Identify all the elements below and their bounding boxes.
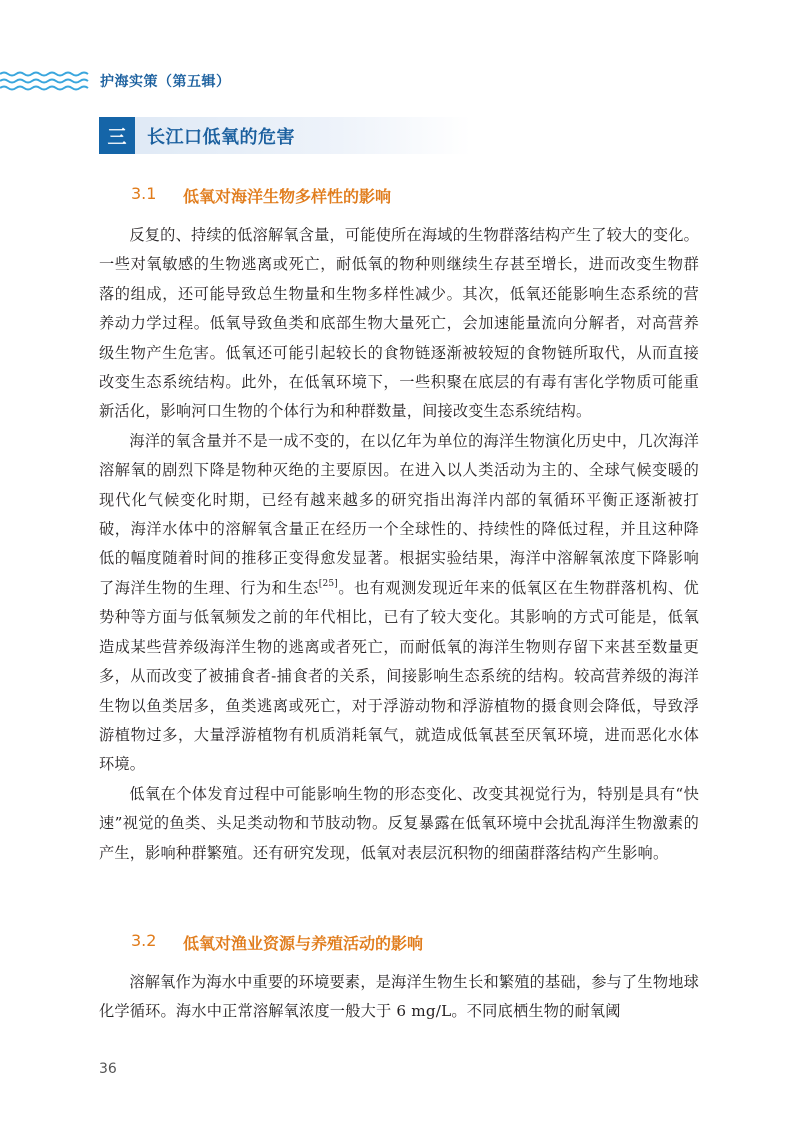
section-number: 3.2 [131,931,183,954]
paragraph: 低氧在个体发育过程中可能影响生物的形态变化、改变其视觉行为，特别是具有“快速”视… [99,780,699,868]
chapter-number: 三 [99,117,135,154]
section-number: 3.1 [131,184,183,207]
section-heading-3-2: 3.2 低氧对渔业资源与养殖活动的影响 [131,931,423,954]
running-head: 护海实策（第五辑） [0,68,231,94]
section-heading-3-1: 3.1 低氧对海洋生物多样性的影响 [131,184,391,207]
section-title: 低氧对渔业资源与养殖活动的影响 [183,931,423,954]
page-number: 36 [99,1061,117,1077]
running-head-title: 护海实策（第五辑） [100,71,231,91]
paragraph: 溶解氧作为海水中重要的环境要素，是海洋生物生长和繁殖的基础，参与了生物地球化学循… [99,968,699,1027]
citation: [25] [319,579,338,589]
waves-icon [0,69,92,93]
section-3-1-body: 反复的、持续的低溶解氧含量，可能使所在海域的生物群落结构产生了较大的变化。一些对… [99,221,699,868]
paragraph: 反复的、持续的低溶解氧含量，可能使所在海域的生物群落结构产生了较大的变化。一些对… [99,221,699,427]
section-title: 低氧对海洋生物多样性的影响 [183,184,391,207]
chapter-heading: 三 长江口低氧的危害 [99,117,699,154]
section-3-2-body: 溶解氧作为海水中重要的环境要素，是海洋生物生长和繁殖的基础，参与了生物地球化学循… [99,968,699,1027]
chapter-title: 长江口低氧的危害 [147,117,295,154]
paragraph: 海洋的氧含量并不是一成不变的，在以亿年为单位的海洋生物演化历史中，几次海洋溶解氧… [99,427,699,780]
